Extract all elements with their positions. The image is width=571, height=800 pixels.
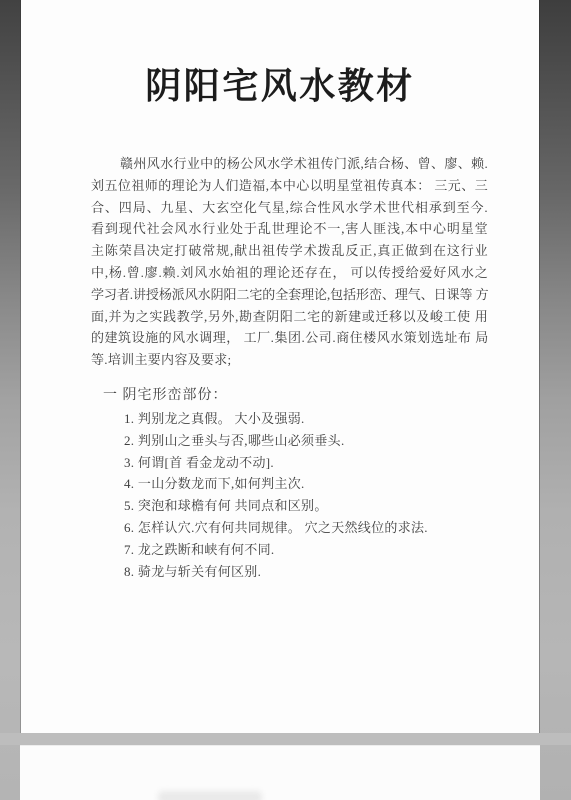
list-item: 5. 突泡和球檐有何 共同点和区别。 (124, 495, 516, 517)
paragraph-line: 的建筑设施的风水调理， 工厂.集团.公司.商住楼风水策划选址布 局 (91, 327, 488, 349)
list-item: 4. 一山分数龙而下,如何判主次. (124, 473, 516, 495)
paragraph-line: 中,杨.曾.廖.赖.刘风水始祖的理论还存在， 可以传授给爱好风水之 (91, 262, 488, 284)
list-item: 7. 龙之跌断和峡有何不同. (124, 539, 516, 561)
list-item: 6. 怎样认穴.穴有何共同规律。 穴之天然线位的求法. (124, 517, 516, 539)
list-item: 1. 判别龙之真假。 大小及强弱. (124, 408, 516, 430)
faded-next-page-text (158, 791, 262, 800)
paragraph-line: 主陈荣昌决定打破常规,献出祖传学术拨乱反正,真正做到在这行业 (91, 240, 488, 262)
question-list: 1. 判别龙之真假。 大小及强弱.2. 判别山之垂头与否,哪些山必须垂头.3. … (124, 408, 516, 582)
scan-edge-shadow-right (539, 0, 571, 800)
scan-edge-shadow-left (0, 0, 21, 800)
paragraph-line: 刘五位祖师的理论为人们造福,本中心以明星堂祖传真本： 三元、三 (91, 175, 488, 197)
list-item: 3. 何谓[首 看金龙动不动]. (124, 452, 516, 474)
scanned-document-view: 阴阳宅风水教材 赣州风水行业中的杨公风水学术祖传门派,结合杨、曾、廖、赖.刘五位… (0, 0, 571, 800)
document-page-2 (20, 745, 540, 800)
page-gap (0, 733, 571, 745)
section-heading: 一 阴宅形峦部份： (103, 386, 228, 406)
list-item: 8. 骑龙与斩关有何区别. (124, 561, 516, 583)
paragraph-line: 学习者.讲授杨派风水阴阳二宅的全套理论,包括形峦、理气、日课等 方 (91, 284, 488, 306)
paragraph-line: 面,并为之实践教学,另外,勘查阴阳二宅的新建或迁移以及峻工使 用 (91, 306, 488, 328)
list-item: 2. 判别山之垂头与否,哪些山必须垂头. (124, 430, 516, 452)
paragraph-line: 等.培训主要内容及要求; (91, 349, 488, 371)
paragraph-line: 合、四局、九星、大玄空化气星,综合性风水学术世代相承到至今. (91, 197, 488, 219)
intro-paragraph: 赣州风水行业中的杨公风水学术祖传门派,结合杨、曾、廖、赖.刘五位祖师的理论为人们… (91, 153, 488, 371)
paragraph-line: 赣州风水行业中的杨公风水学术祖传门派,结合杨、曾、廖、赖. (91, 153, 488, 175)
document-title: 阴阳宅风水教材 (20, 64, 540, 108)
paragraph-line: 看到现代社会风水行业处于乱世理论不一,害人匪浅,本中心明星堂 (91, 218, 488, 240)
